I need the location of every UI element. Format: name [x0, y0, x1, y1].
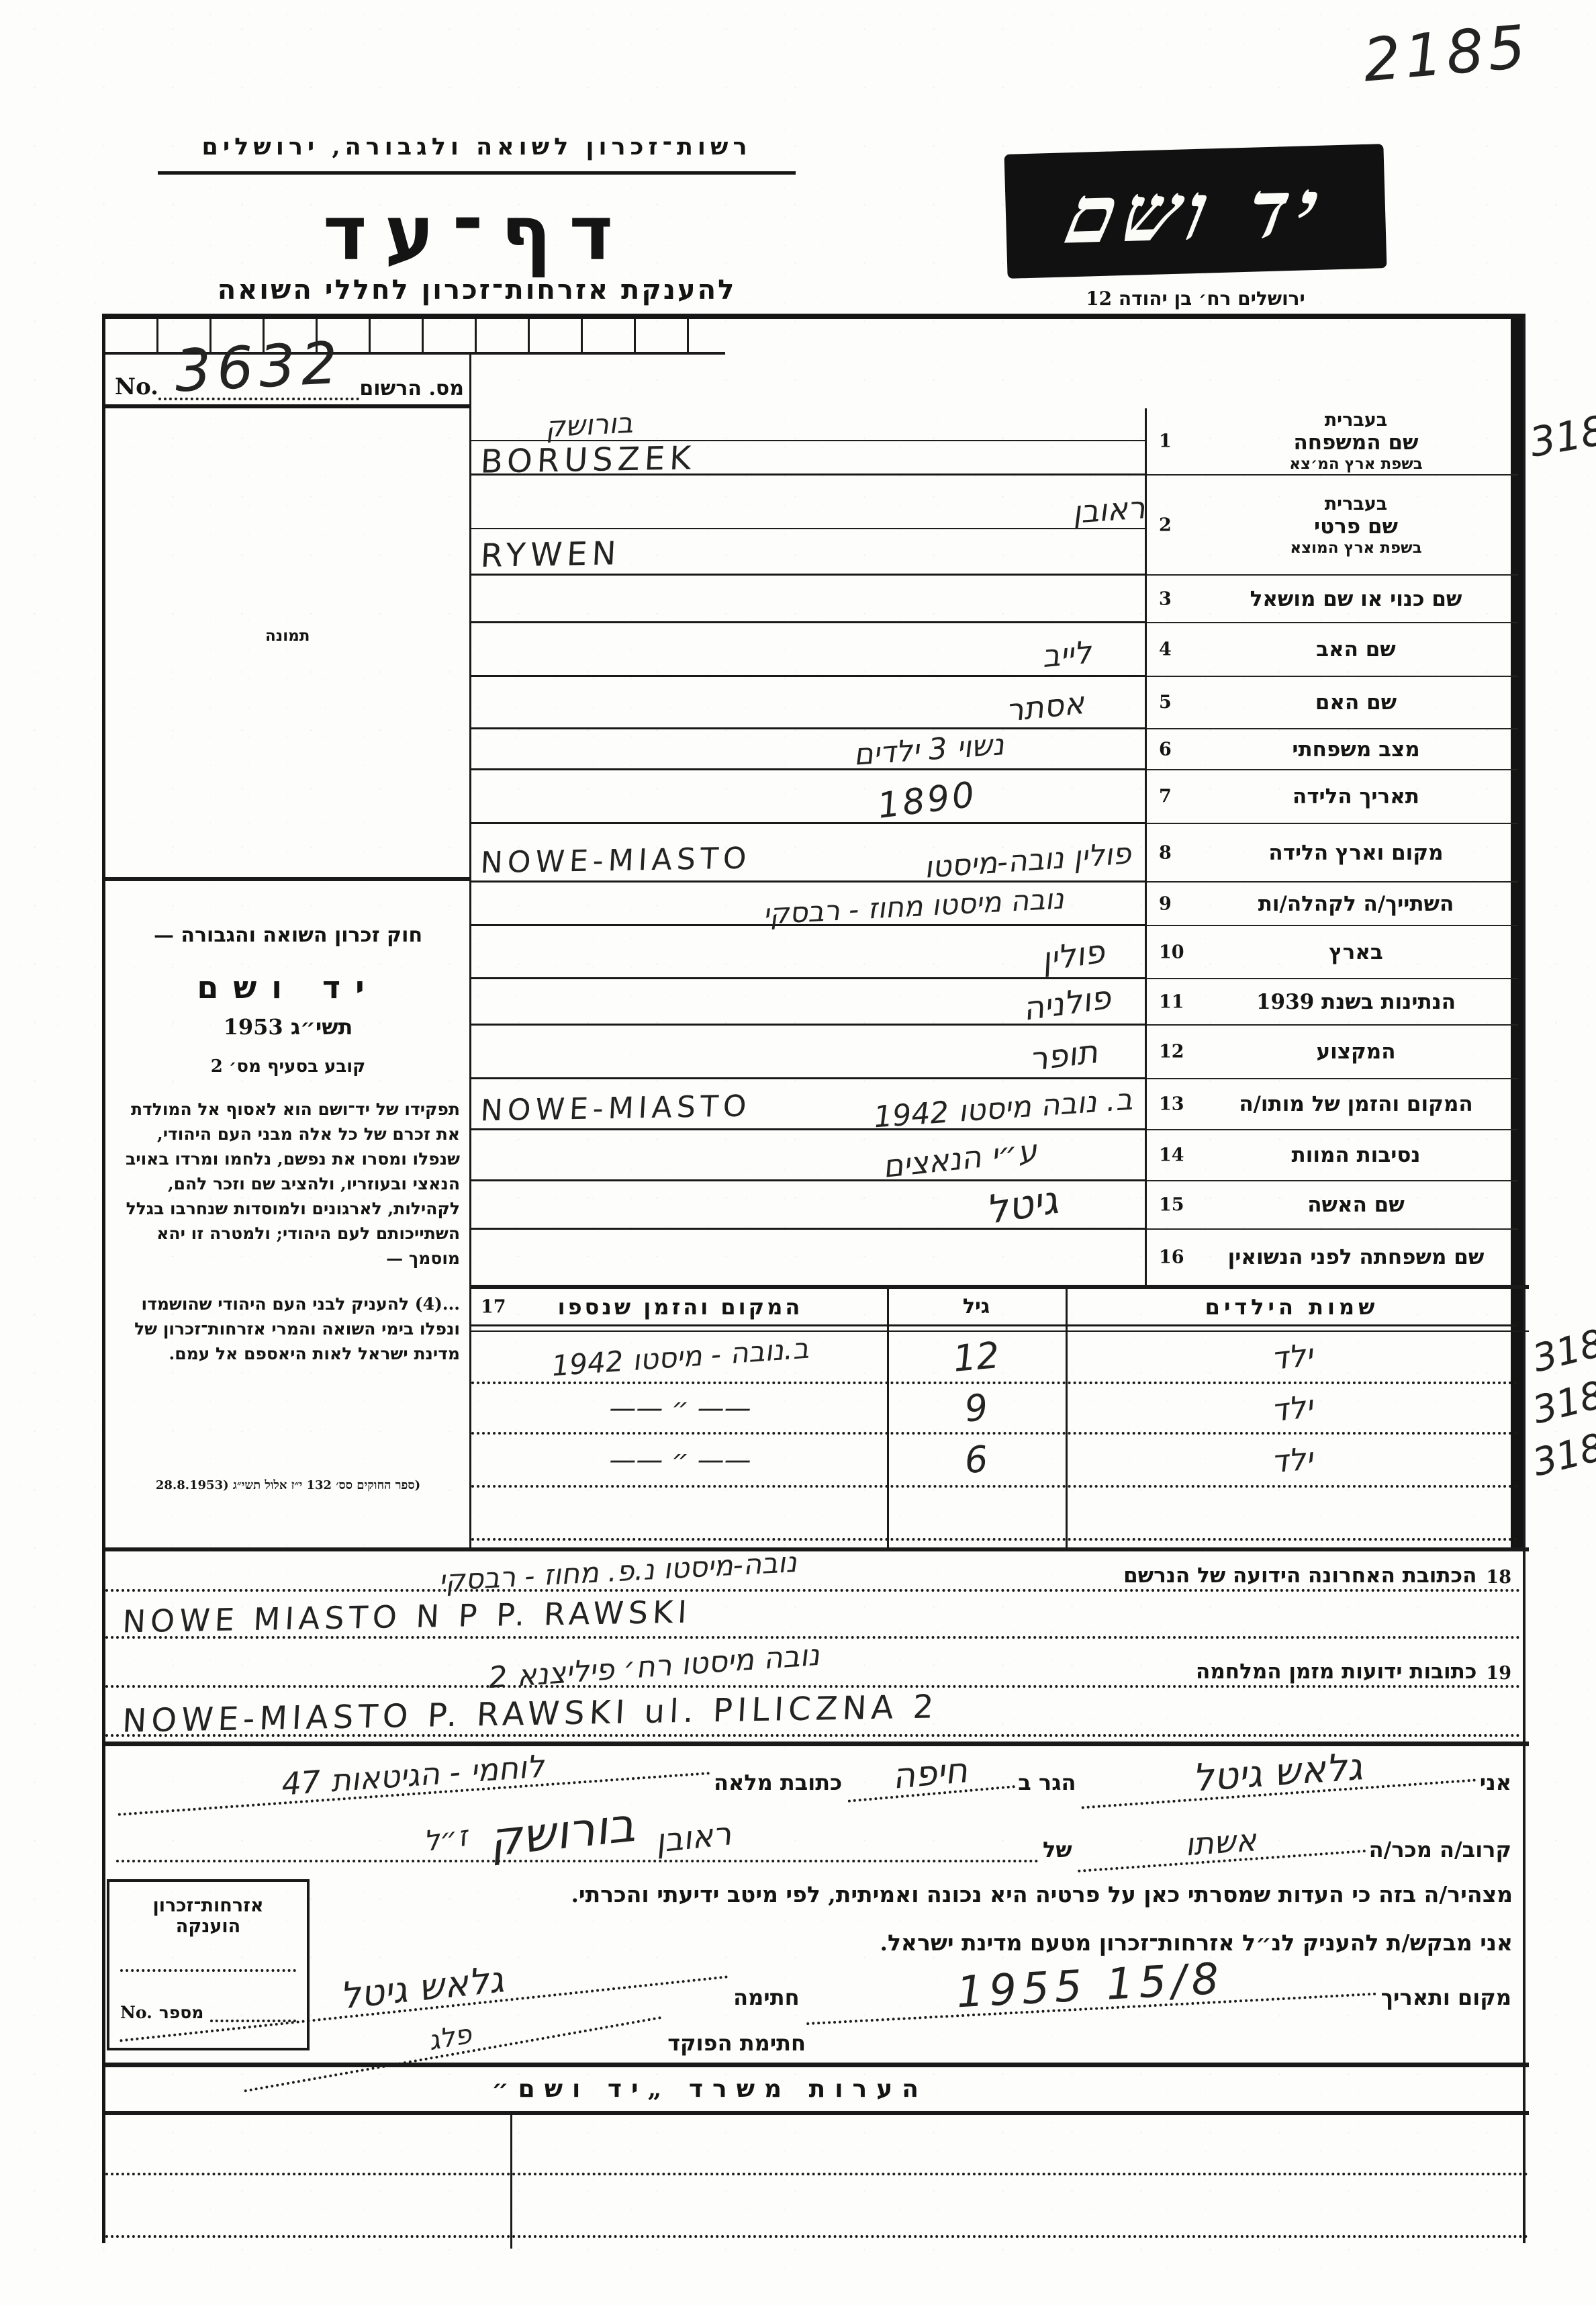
field-number-2: 2 [1159, 514, 1172, 535]
field-9-label: השתייך/ה לקהלה/ות [1194, 892, 1518, 916]
children-row-2: ילד 9 —— ״ —— [471, 1384, 1518, 1435]
field-value-10: פולין [471, 926, 1145, 979]
children-table-header: 17 שמות הילדים גיל המקום והזמן שנספו [471, 1289, 1518, 1326]
field-label-6: 6 מצב משפחתי [1147, 729, 1518, 770]
field-value-11: פולניה [471, 979, 1145, 1026]
field-value-16 [471, 1230, 1145, 1285]
field-value-13: ב. נובה מיסטו 1942 NOWE-MIASTO [471, 1079, 1145, 1130]
declaration-statement: מצהיר/ה בזה כי העדות שמסרתי כאן על פרטיה… [105, 1881, 1513, 1907]
grant-box-number-line [210, 2020, 296, 2022]
footer-blank-line-1 [105, 2143, 1529, 2175]
footer-blank-line-2 [105, 2206, 1529, 2238]
field-number-4: 4 [1159, 639, 1172, 660]
grant-box-no-label: No. [120, 2003, 152, 2022]
field-label-9: 9 השתייך/ה לקהלה/ות [1147, 883, 1518, 926]
address-row-19-latin: NOWE-MIASTO P. RAWSKI ul. PILICZNA 2 [105, 1688, 1521, 1737]
field-label-1: 1 בעברית שם המשפחה בשפת ארץ המ׳צא [1147, 408, 1518, 476]
field-label-3: 3 שם כנוי או שם מושאל [1147, 576, 1518, 623]
registrar-signature-line: חתימת הפוקד פלג [238, 2017, 806, 2056]
field-2-sub: בשפת ארץ המוצא [1194, 539, 1518, 557]
place-date-label: מקום ותאריך [1381, 1985, 1511, 2010]
field-8-label: מקום וארץ הלידה [1194, 841, 1518, 865]
field-value-9: נובה מיסטו מחוז - רבסקי [471, 883, 1145, 926]
field-value-2: ראובן RYWEN [471, 476, 1145, 576]
field-number-11: 11 [1159, 991, 1184, 1012]
grant-box: אזרחות־זכרון הוענקה No. מספר [107, 1879, 310, 2050]
corner-file-number: 2185 [1360, 11, 1532, 95]
child-2-place: —— ״ —— [473, 1384, 887, 1432]
address-18-number: 18 [1486, 1567, 1511, 1588]
testimony-page-scan: 2185 3182 3188 3184 3185 רשות־זכרון לשוא… [0, 0, 1596, 2305]
of-name-line: ראובן בורושק ז״ל [116, 1805, 1039, 1862]
field-13-value-hebrew: ב. נובה מיסטו 1942 [873, 1083, 1134, 1135]
field-value-15: גיטל [471, 1181, 1145, 1230]
field-label-11: 11 הנתינות בשנת 1939 [1147, 979, 1518, 1026]
field-12-label: המקצוע [1194, 1040, 1518, 1064]
field-label-5: 5 שם האם [1147, 677, 1518, 729]
field-value-14: ע״י הנאצים [471, 1130, 1145, 1181]
office-notes-label: הערות משרד „יד ושם״ [105, 2075, 1314, 2103]
field-label-15: 15 שם האשה [1147, 1181, 1518, 1230]
field-number-14: 14 [1159, 1145, 1184, 1166]
children-place-header: המקום והזמן שנספו [473, 1289, 887, 1324]
field-number-7: 7 [1159, 786, 1172, 807]
logo-address: ירושלים רח׳ בן יהודה 12 [1006, 287, 1385, 310]
field-value-5: אסתר [471, 677, 1145, 729]
field-2-hebrew-line: ראובן [471, 476, 1145, 529]
registration-no-label: No. [115, 373, 158, 400]
footer-second-line [105, 2111, 1529, 2115]
of-first-name: ראובן [653, 1815, 733, 1860]
field-4-value: לייב [1040, 634, 1092, 674]
field-label-12: 12 המקצוע [1147, 1026, 1518, 1079]
child-3-age: 6 [886, 1429, 1068, 1491]
field-15-value: גיטל [982, 1177, 1061, 1233]
declarant-name: גלאש גיטל [1079, 1740, 1476, 1809]
yad-vashem-logo-text: יד ושם [1058, 161, 1333, 263]
field-2-value-hebrew: ראובן [1071, 489, 1146, 530]
address-18-label: הכתובת האחרונה הידועה של הנרשם [1123, 1564, 1476, 1588]
address-19-value-latin: NOWE-MIASTO P. RAWSKI ul. PILICZNA 2 [122, 1688, 939, 1739]
declaration-request: אני מבקש/ת להעניק לנ״ל אזרחות־זכרון מטעם… [105, 1930, 1513, 1956]
field-number-3: 3 [1159, 588, 1172, 609]
footer-top-line [105, 2063, 1529, 2067]
field-7-label: תאריך הלידה [1194, 784, 1518, 809]
registrar-label: חתימת הפוקד [667, 2030, 806, 2056]
declaration-line-2: קרוב/ה מכר/ה אשתו של ראובן בורושק ז״ל [105, 1809, 1521, 1862]
field-3-label: שם כנוי או שם מושאל [1194, 587, 1518, 611]
law-footnote: (ספר החוקים סס׳ 132 י״ז אלול תשי״ג (28.8… [115, 1478, 461, 1492]
field-value-6: נשוי 3 ילדים [471, 729, 1145, 770]
field-14-value: ע״י הנאצים [881, 1132, 1039, 1185]
header-authority-line: רשות־זכרון לשואה ולגבורה, ירושלים [158, 133, 796, 175]
field-2-top: בעברית [1194, 494, 1518, 514]
field-1-top: בעברית [1194, 410, 1518, 431]
field-label-14: 14 נסיבות המוות [1147, 1130, 1518, 1181]
field-2-value-latin: RYWEN [479, 535, 621, 575]
field-value-1: בורושק BORUSZEK [471, 408, 1145, 476]
children-table-number: 17 [481, 1296, 506, 1317]
address-18-value-latin: NOWE MIASTO N P P. RAWSKI [122, 1594, 692, 1640]
declaration-top-line [105, 1742, 1529, 1746]
grant-box-line-1 [120, 1969, 296, 1972]
field-number-5: 5 [1159, 692, 1172, 713]
field-label-10: 10 בארץ [1147, 926, 1518, 979]
field-4-label: שם האב [1194, 637, 1518, 662]
field-1-label: שם המשפחה [1194, 431, 1518, 455]
law-paragraph-2: ...(4) להעניק לבני העם היהודי שהושמדו ונ… [118, 1292, 460, 1366]
field-11-label: הנתינות בשנת 1939 [1194, 990, 1518, 1014]
margin-number-child-1: 3188 [1528, 1316, 1596, 1382]
declarant-i-label: אני [1480, 1770, 1511, 1795]
field-number-8: 8 [1159, 842, 1172, 863]
field-value-3 [471, 576, 1145, 623]
law-heading: חוק זכרון השואה והגבורה — [116, 923, 460, 947]
field-label-2: 2 בעברית שם פרטי בשפת ארץ המוצא [1147, 476, 1518, 576]
address-19-number: 19 [1486, 1663, 1511, 1684]
field-number-16: 16 [1159, 1247, 1184, 1268]
law-clause: קובע בסעיף מס׳ 2 [116, 1056, 460, 1077]
field-5-value: אסתר [1004, 684, 1086, 729]
field-number-13: 13 [1159, 1094, 1184, 1115]
photo-placeholder-label: תמונה [265, 627, 310, 645]
children-row-3: ילד 6 —— ״ —— [471, 1435, 1518, 1488]
address-row-18: 18 הכתובת האחרונה הידועה של הנרשם נובה-מ… [105, 1551, 1521, 1592]
yad-vashem-logo: יד ושם [1004, 144, 1387, 279]
place-date-signature-line: מקום ותאריך 15/8 1955 חתימה גלאש גיטל [105, 1958, 1521, 2010]
field-16-label: שם משפחתה לפני הנשואין [1194, 1245, 1518, 1269]
field-8-value-hebrew: פולין נובה-מיסטו [923, 836, 1133, 885]
field-number-1: 1 [1159, 431, 1172, 452]
of-zl-honorific: ז״ל [422, 1819, 470, 1858]
field-2-label: שם פרטי [1194, 514, 1518, 539]
field-1-latin-line: BORUSZEK [471, 441, 1145, 473]
of-surname: בורושק [486, 1797, 637, 1867]
full-address-label: כתובת מלאה [714, 1770, 842, 1795]
address-row-19: 19 כתובות ידועות מזמן המלחמה נובה מיסטו … [105, 1639, 1521, 1688]
field-label-4: 4 שם האב [1147, 623, 1518, 677]
field-14-label: נסיבות המוות [1194, 1143, 1518, 1167]
field-2-latin-line: RYWEN [471, 529, 1145, 574]
field-1-value-hebrew: בורושק [545, 406, 634, 444]
field-number-15: 15 [1159, 1195, 1184, 1216]
registration-row: No. 3632 מס. הרשום [105, 355, 471, 408]
field-10-value: פולין [1039, 933, 1107, 979]
field-label-7: 7 תאריך הלידה [1147, 770, 1518, 824]
field-value-8: פולין נובה-מיסטו NOWE-MIASTO [471, 824, 1145, 883]
field-11-value: פולניה [1021, 979, 1113, 1028]
field-13-label: המקום והזמן של מותו/ה [1194, 1092, 1518, 1116]
margin-number-row1: 3182 [1526, 402, 1596, 466]
grant-box-number-label: מספר [159, 2003, 204, 2022]
field-label-8: 8 מקום וארץ הלידה [1147, 824, 1518, 883]
residing-in-label: הגר ב [1018, 1770, 1076, 1795]
relation-label: קרוב/ה מכר/ה [1369, 1837, 1511, 1862]
field-value-7: 1890 [471, 770, 1145, 824]
page-title: דף־עד [158, 189, 796, 277]
field-label-16: 16 שם משפחתה לפני הנשואין [1147, 1230, 1518, 1285]
declarant-city: חיפה [845, 1748, 1015, 1803]
address-19-label: כתובות ידועות מזמן המלחמה [1196, 1660, 1476, 1684]
grant-box-number-row: No. מספר [120, 2003, 296, 2022]
form-box: No. 3632 מס. הרשום תמונה חוק זכרון השואה… [102, 314, 1525, 2243]
field-number-12: 12 [1159, 1042, 1184, 1063]
law-year: תשי״ג 1953 [116, 1014, 460, 1040]
field-6-value: נשוי 3 ילדים [852, 727, 1005, 772]
field-7-value: 1890 [876, 774, 980, 827]
field-10-label: בארץ [1194, 940, 1518, 964]
law-paragraph-1: תפקידו של יד־ושם הוא לאסוף אל המולדת את … [118, 1097, 460, 1271]
field-number-9: 9 [1159, 893, 1172, 914]
children-row-4-empty-line [471, 1488, 1518, 1541]
grant-box-title: אזרחות־זכרון הוענקה [120, 1895, 296, 1937]
declaration-line-1: אני גלאש גיטל הגר ב חיפה כתובת מלאה לוחמ… [105, 1748, 1521, 1795]
law-name: יד ושם [116, 969, 460, 1005]
field-1-sub: בשפת ארץ המ׳צא [1194, 455, 1518, 473]
registration-label: מס. הרשום [359, 377, 464, 400]
registration-number-line: 3632 [158, 355, 359, 400]
field-1-value-latin: BORUSZEK [479, 439, 696, 481]
relation-value: אשתו [1075, 1815, 1366, 1872]
of-label: של [1043, 1837, 1072, 1862]
field-6-label: מצב משפחתי [1194, 737, 1518, 762]
field-5-label: שם האם [1194, 690, 1518, 715]
registration-number: 3632 [173, 330, 345, 406]
field-1-hebrew-line: בורושק [471, 408, 1145, 441]
header-subtitle: להענקת אזרחות־זכרון לחללי השואה [158, 274, 796, 306]
field-13-value-latin: NOWE-MIASTO [479, 1089, 751, 1128]
field-value-12: תופר [471, 1026, 1145, 1079]
field-label-13: 13 המקום והזמן של מותו/ה [1147, 1079, 1518, 1130]
signature-label: חתימה [733, 1985, 799, 2010]
field-12-value: תופר [1027, 1033, 1100, 1079]
address-row-18-latin: NOWE MIASTO N P P. RAWSKI [105, 1592, 1521, 1639]
date-value: 15/8 1955 [804, 1950, 1376, 2025]
field-number-10: 10 [1159, 942, 1184, 962]
child-3-place: —— ״ —— [473, 1435, 887, 1485]
children-age-header: גיל [887, 1289, 1066, 1324]
field-8-value-latin: NOWE-MIASTO [479, 841, 751, 880]
field-value-4: לייב [471, 623, 1145, 677]
field-9-value: נובה מיסטו מחוז - רבסקי [762, 882, 1065, 930]
law-block-top-line [105, 877, 471, 881]
field-15-label: שם האשה [1194, 1193, 1518, 1217]
field-number-6: 6 [1159, 739, 1172, 760]
